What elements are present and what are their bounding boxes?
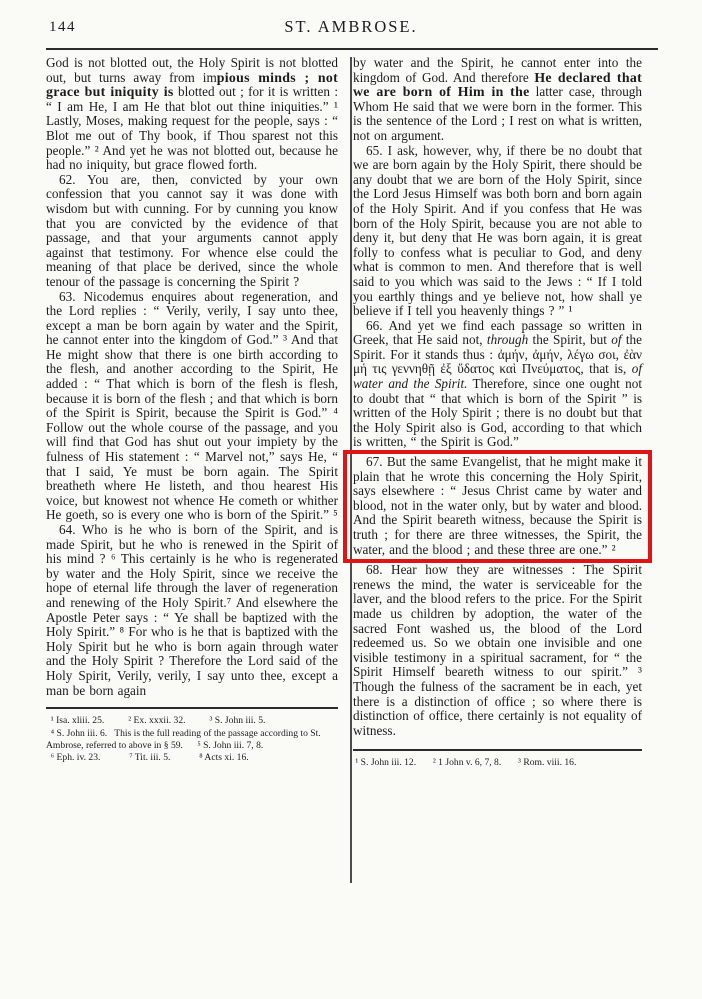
paragraph-65: 65. I ask, however, why, if there be no …	[353, 144, 642, 319]
paragraph-68: 68. Hear how they are witnesses : The Sp…	[353, 563, 642, 738]
paragraph-64: 64. Who is he who is born of the Spirit,…	[46, 523, 338, 698]
paragraph-63: 63. Nicodemus enquires about regeneratio…	[46, 290, 338, 524]
footnote-line: ¹ Isa. xliii. 25. ² Ex. xxxii. 32. ³ S. …	[46, 715, 338, 727]
footnote-rule	[353, 749, 642, 751]
highlight-box: 67. But the same Evangelist, that he mig…	[343, 450, 652, 563]
page-title: ST. AMBROSE.	[0, 17, 702, 37]
footnote-rule	[46, 707, 338, 709]
paragraph-64-continuation: by water and the Spirit, he cannot enter…	[353, 56, 642, 144]
right-column: by water and the Spirit, he cannot enter…	[353, 56, 642, 770]
footnote-line: ¹ S. John iii. 12. ² 1 John v. 6, 7, 8. …	[353, 757, 642, 769]
paragraph-67: 67. But the same Evangelist, that he mig…	[353, 455, 642, 557]
header-rule	[46, 48, 658, 50]
paragraph-62: 62. You are, then, convicted by your own…	[46, 173, 338, 290]
paragraph-61-continuation: God is not blotted out, the Holy Spirit …	[46, 56, 338, 173]
left-column: God is not blotted out, the Holy Spirit …	[46, 56, 338, 765]
book-page: 144 ST. AMBROSE. God is not blotted out,…	[0, 0, 702, 999]
paragraph-66: 66. And yet we find each passage so writ…	[353, 319, 642, 450]
footnote-line: ⁴ S. John iii. 6. This is the full readi…	[46, 728, 338, 753]
footnote-line: ⁶ Eph. iv. 23. ⁷ Tit. iii. 5. ⁸ Acts xi.…	[46, 752, 338, 764]
